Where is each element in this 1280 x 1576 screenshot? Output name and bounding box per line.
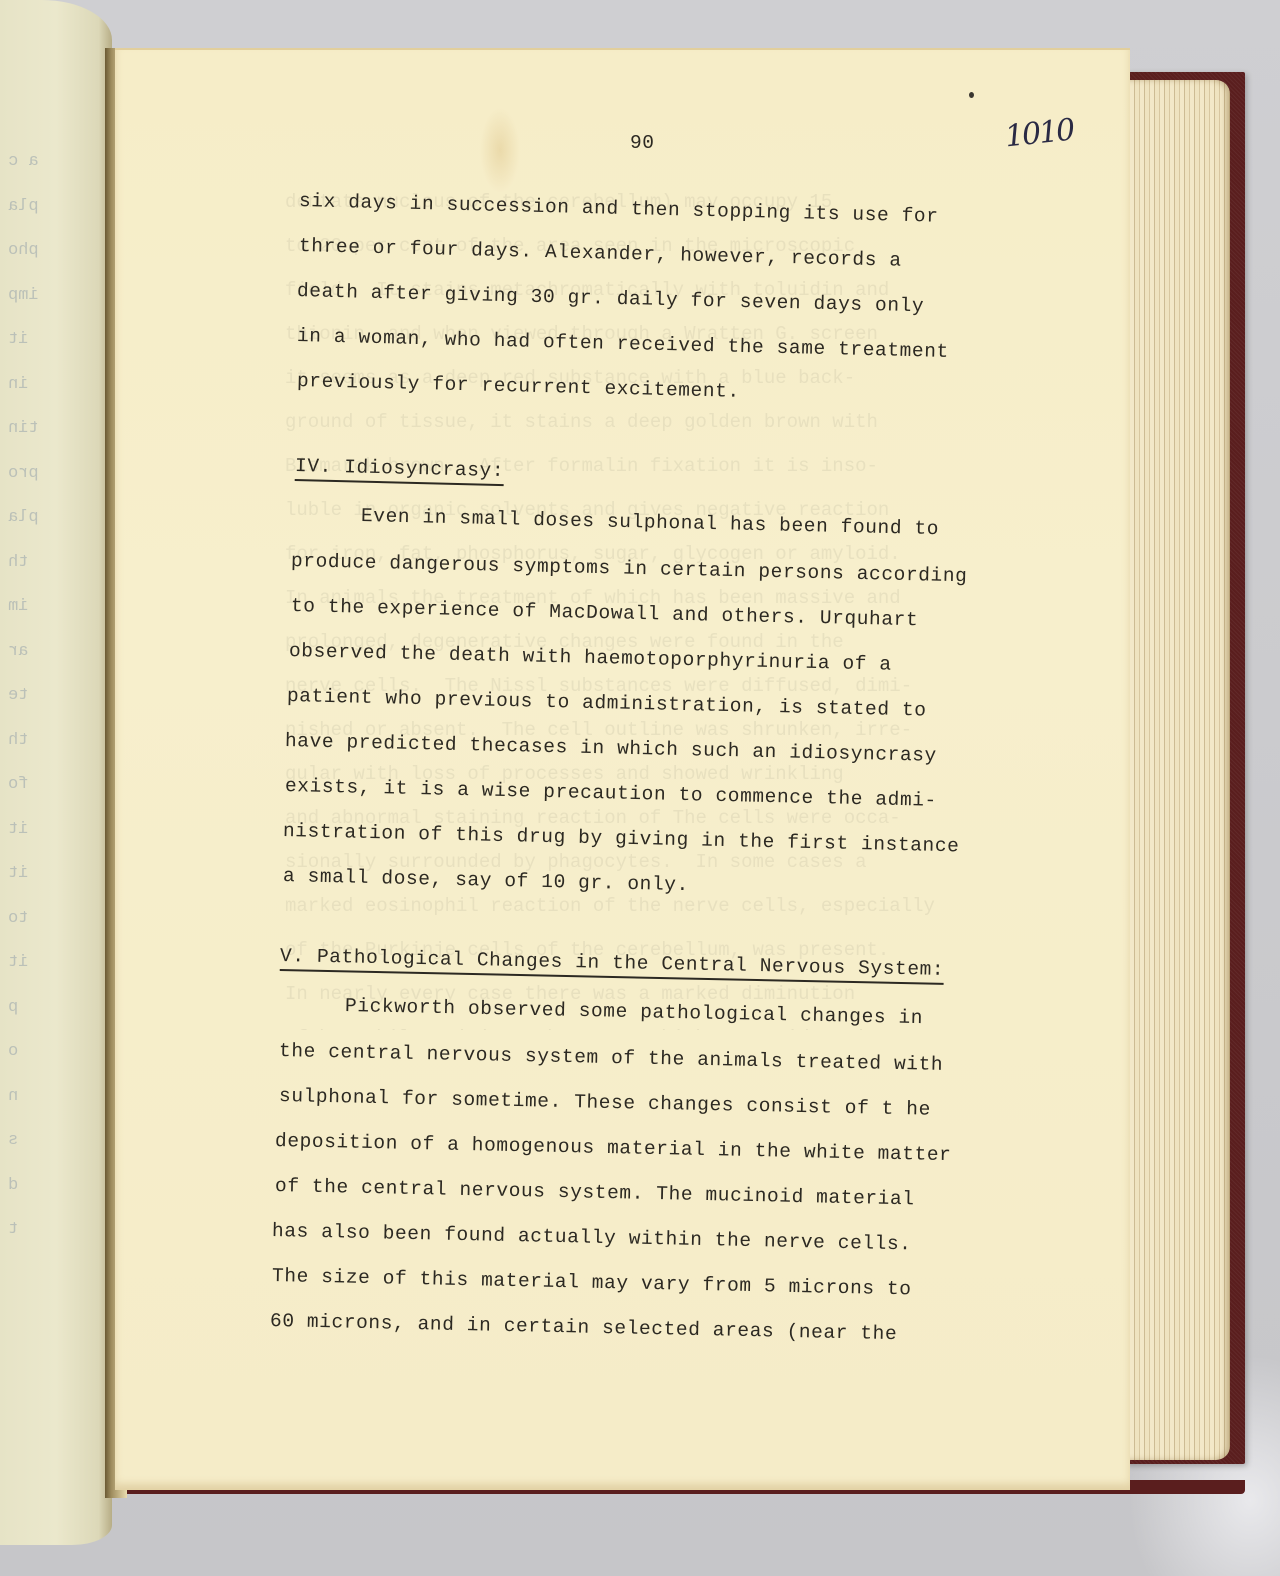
text-line: has also been found actually within the … [272, 1220, 912, 1255]
left-page-fragment: it [8, 941, 78, 986]
left-page-fragment: ar [8, 630, 78, 675]
left-page-fragment: d [8, 1164, 78, 1209]
left-page-fragment: te [8, 674, 78, 719]
text-line: sulphonal for sometime. These changes co… [279, 1085, 931, 1121]
left-page-fragment: p [8, 986, 78, 1031]
left-page-fragment: it [8, 808, 78, 853]
left-page-fragment: pho [8, 229, 78, 274]
handwritten-folio-number: 1010 [1003, 113, 1075, 155]
page-number: 90 [630, 132, 655, 154]
left-page-fragment: to [8, 897, 78, 942]
text-line: deposition of a homogenous material in t… [275, 1130, 952, 1166]
left-page-fragment: pla [8, 496, 78, 541]
page-stack-edge [1125, 80, 1230, 1460]
left-page-fragment: tin [8, 407, 78, 452]
left-page-fragment: t [8, 1208, 78, 1253]
left-page-fragment: o [8, 1030, 78, 1075]
left-page-fragments: a cplaphoimpitintinproplathimartethfoiti… [8, 140, 78, 1253]
section-heading-idiosyncrasy: IV. Idiosyncrasy: [295, 455, 505, 486]
left-page-fragment: fo [8, 763, 78, 808]
text-line: the central nervous system of the animal… [279, 1040, 944, 1076]
left-page-fragment: in [8, 363, 78, 408]
left-page-fragment: pla [8, 185, 78, 230]
ink-dot [969, 92, 974, 98]
text-line: of the central nervous system. The mucin… [275, 1175, 915, 1210]
text-line: 60 microns, and in certain selected area… [270, 1310, 898, 1345]
left-page-fragment: it [8, 318, 78, 363]
left-page-fragment: im [8, 585, 78, 630]
left-page-fragment: imp [8, 274, 78, 319]
text-line: The size of this material may vary from … [272, 1265, 912, 1300]
left-page-fragment: th [8, 719, 78, 764]
document-page: dentate nucleus of the cerebellum) may o… [115, 48, 1130, 1490]
left-page-fragment: pro [8, 452, 78, 497]
left-page-fragment: it [8, 852, 78, 897]
left-page-fragment: n [8, 1075, 78, 1120]
left-page-fragment: th [8, 541, 78, 586]
left-page-curl: a cplaphoimpitintinproplathimartethfoiti… [0, 0, 112, 1545]
left-page-fragment: s [8, 1119, 78, 1164]
left-page-fragment: a c [8, 140, 78, 185]
